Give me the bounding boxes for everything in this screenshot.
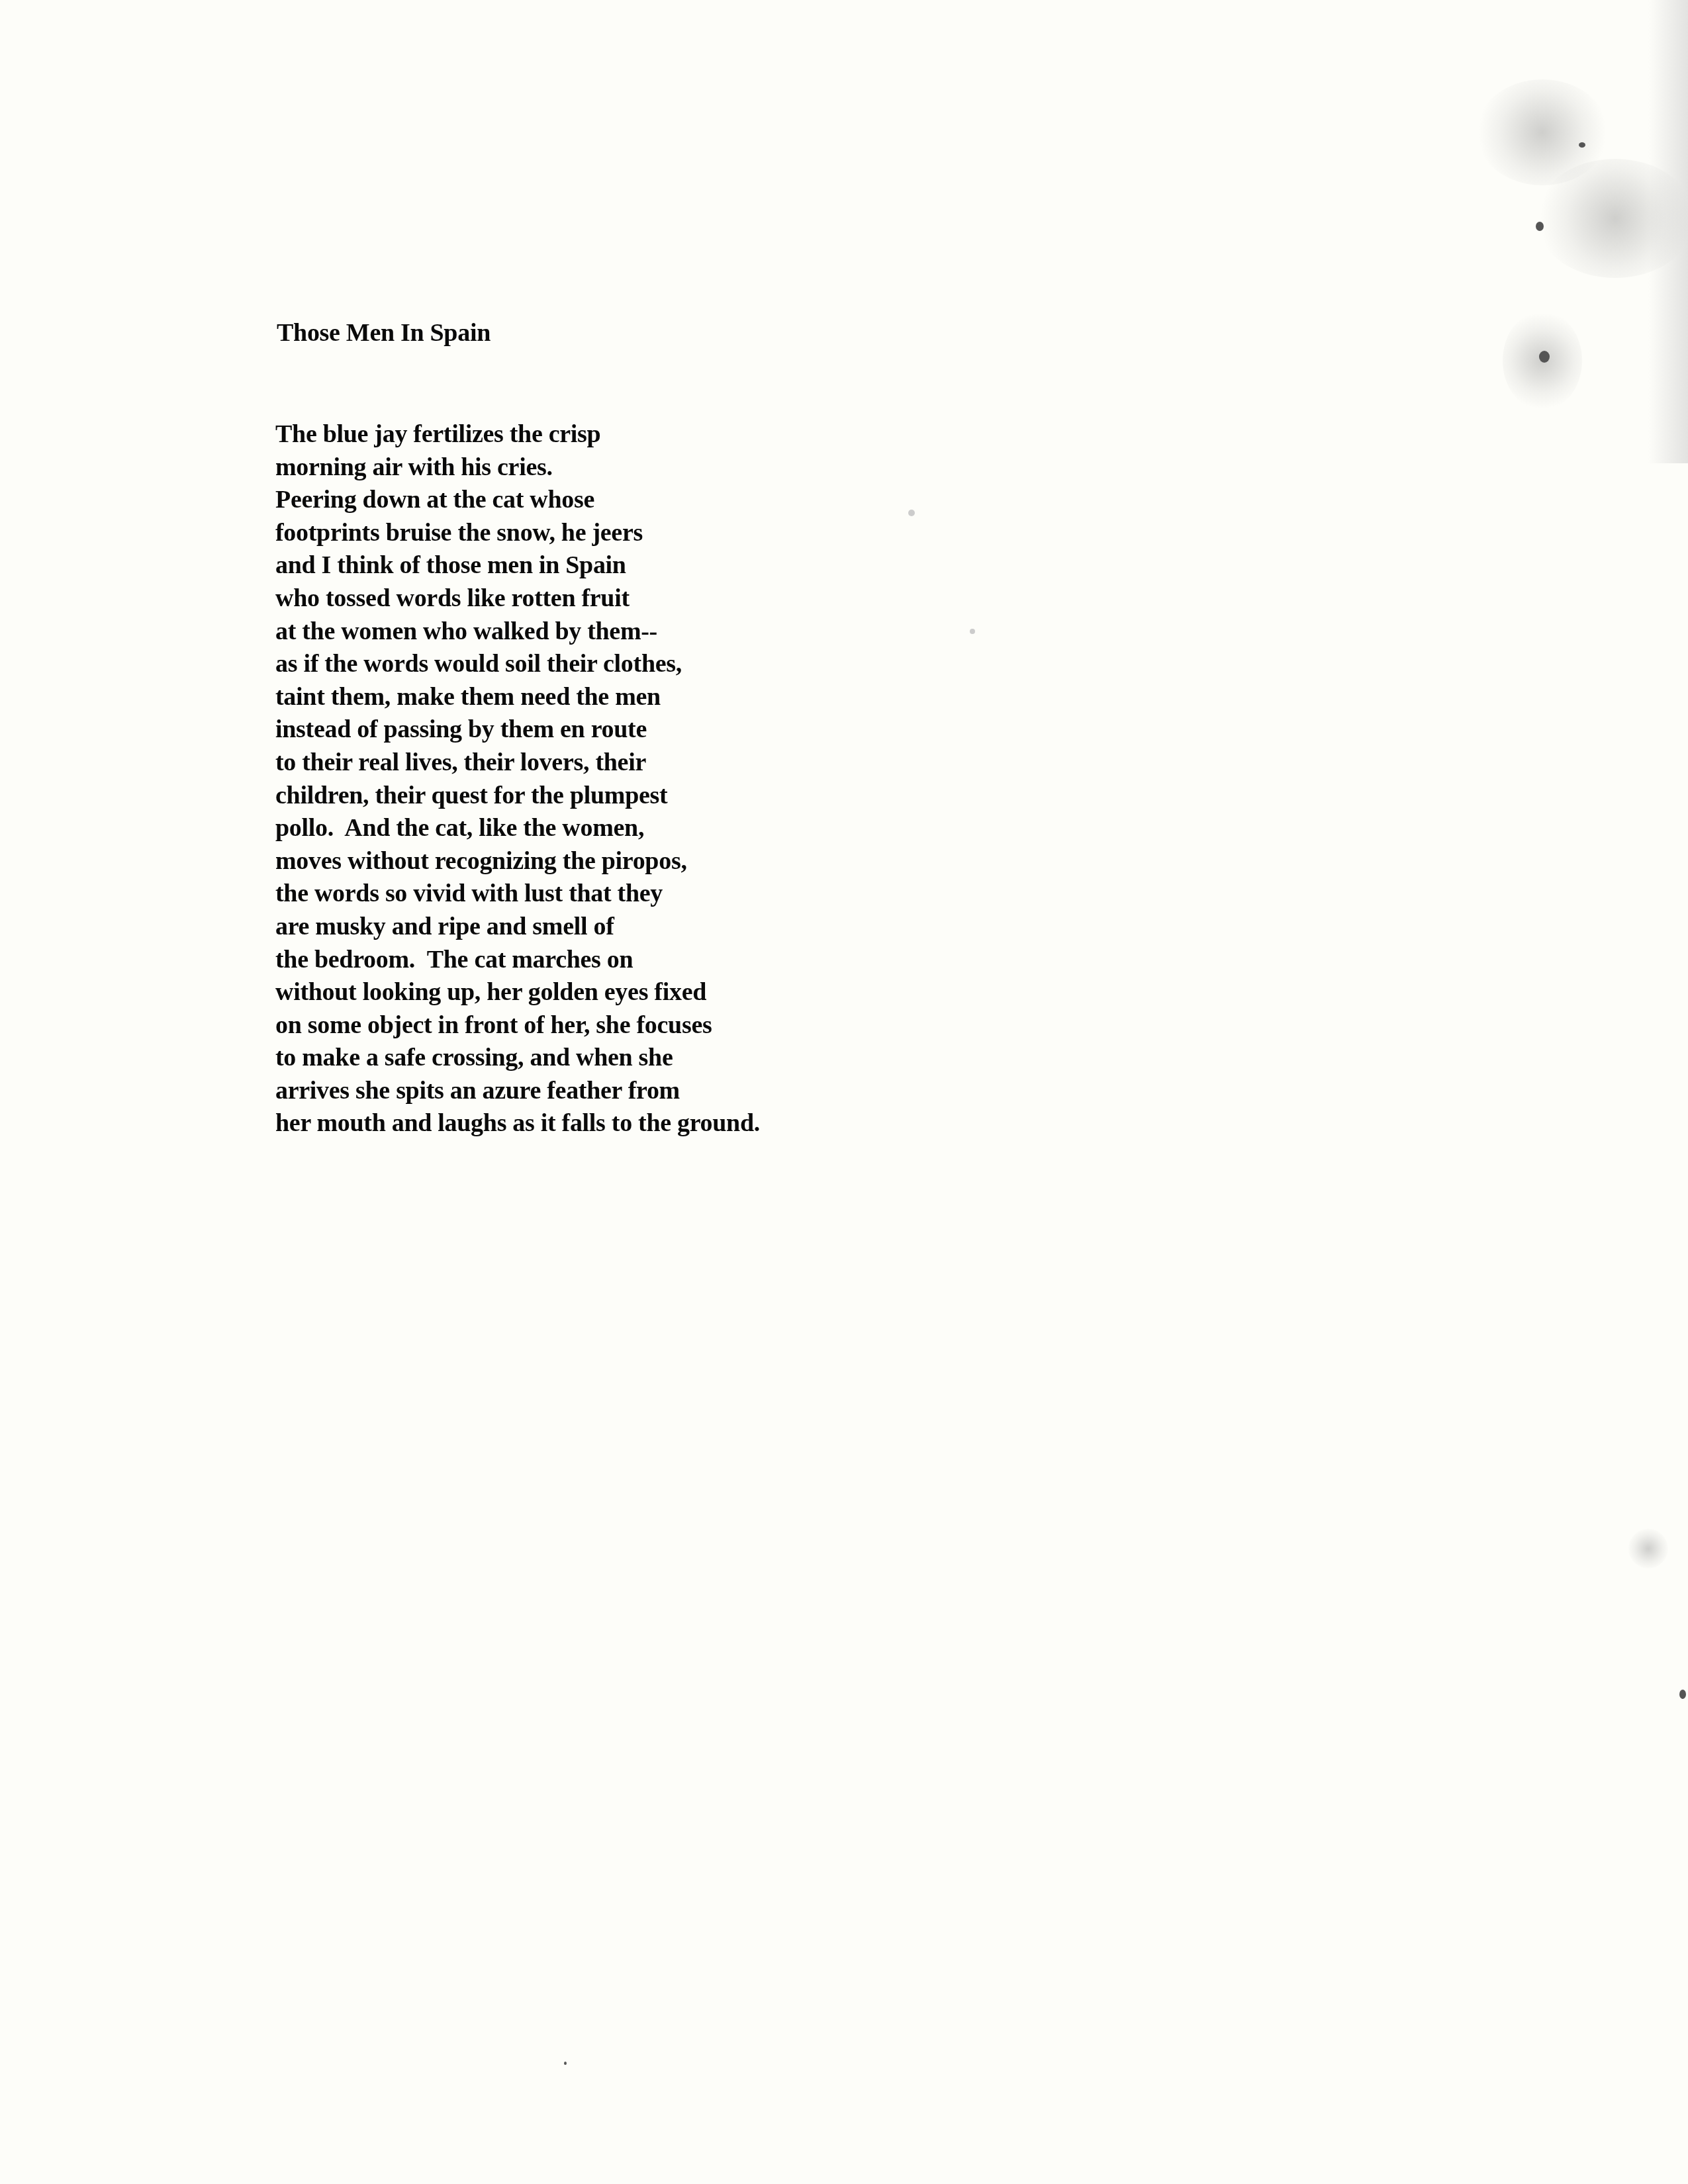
poem-line: moves without recognizing the piropos, — [275, 845, 760, 878]
poem-title: Those Men In Spain — [277, 316, 491, 349]
poem-line: instead of passing by them en route — [275, 713, 760, 747]
poem-line: as if the words would soil their clothes… — [275, 648, 760, 681]
poem-line: to make a safe crossing, and when she — [275, 1042, 760, 1075]
poem-line: footprints bruise the snow, he jeers — [275, 517, 760, 550]
scan-smudge — [1536, 159, 1688, 278]
poem-line: arrives she spits an azure feather from — [275, 1075, 760, 1108]
poem-line: without looking up, her golden eyes fixe… — [275, 976, 760, 1009]
poem-line: pollo. And the cat, like the women, — [275, 812, 760, 845]
poem-line: her mouth and laughs as it falls to the … — [275, 1107, 760, 1140]
poem-line: who tossed words like rotten fruit — [275, 582, 760, 615]
poem-line: taint them, make them need the men — [275, 681, 760, 714]
scan-dot — [1579, 142, 1585, 148]
scan-dot — [1539, 351, 1550, 363]
scan-dot — [908, 510, 915, 516]
poem-line: The blue jay fertilizes the crisp — [275, 418, 760, 451]
poem-line: the bedroom. The cat marches on — [275, 944, 760, 977]
scan-dot — [564, 2062, 567, 2065]
poem-line: Peering down at the cat whose — [275, 484, 760, 517]
poem-line: to their real lives, their lovers, their — [275, 747, 760, 780]
poem-line: at the women who walked by them-- — [275, 615, 760, 649]
poem-line: and I think of those men in Spain — [275, 549, 760, 582]
poem-line: on some object in front of her, she focu… — [275, 1009, 760, 1042]
scan-dot — [1679, 1690, 1686, 1699]
poem-line: children, their quest for the plumpest — [275, 780, 760, 813]
poem-line: the words so vivid with lust that they — [275, 878, 760, 911]
poem-line: are musky and ripe and smell of — [275, 911, 760, 944]
scan-dot — [970, 629, 975, 634]
poem-line: morning air with his cries. — [275, 451, 760, 484]
scan-smudge — [1628, 1529, 1668, 1569]
scan-dot — [1536, 222, 1544, 231]
poem-body: The blue jay fertilizes the crispmorning… — [275, 418, 760, 1140]
